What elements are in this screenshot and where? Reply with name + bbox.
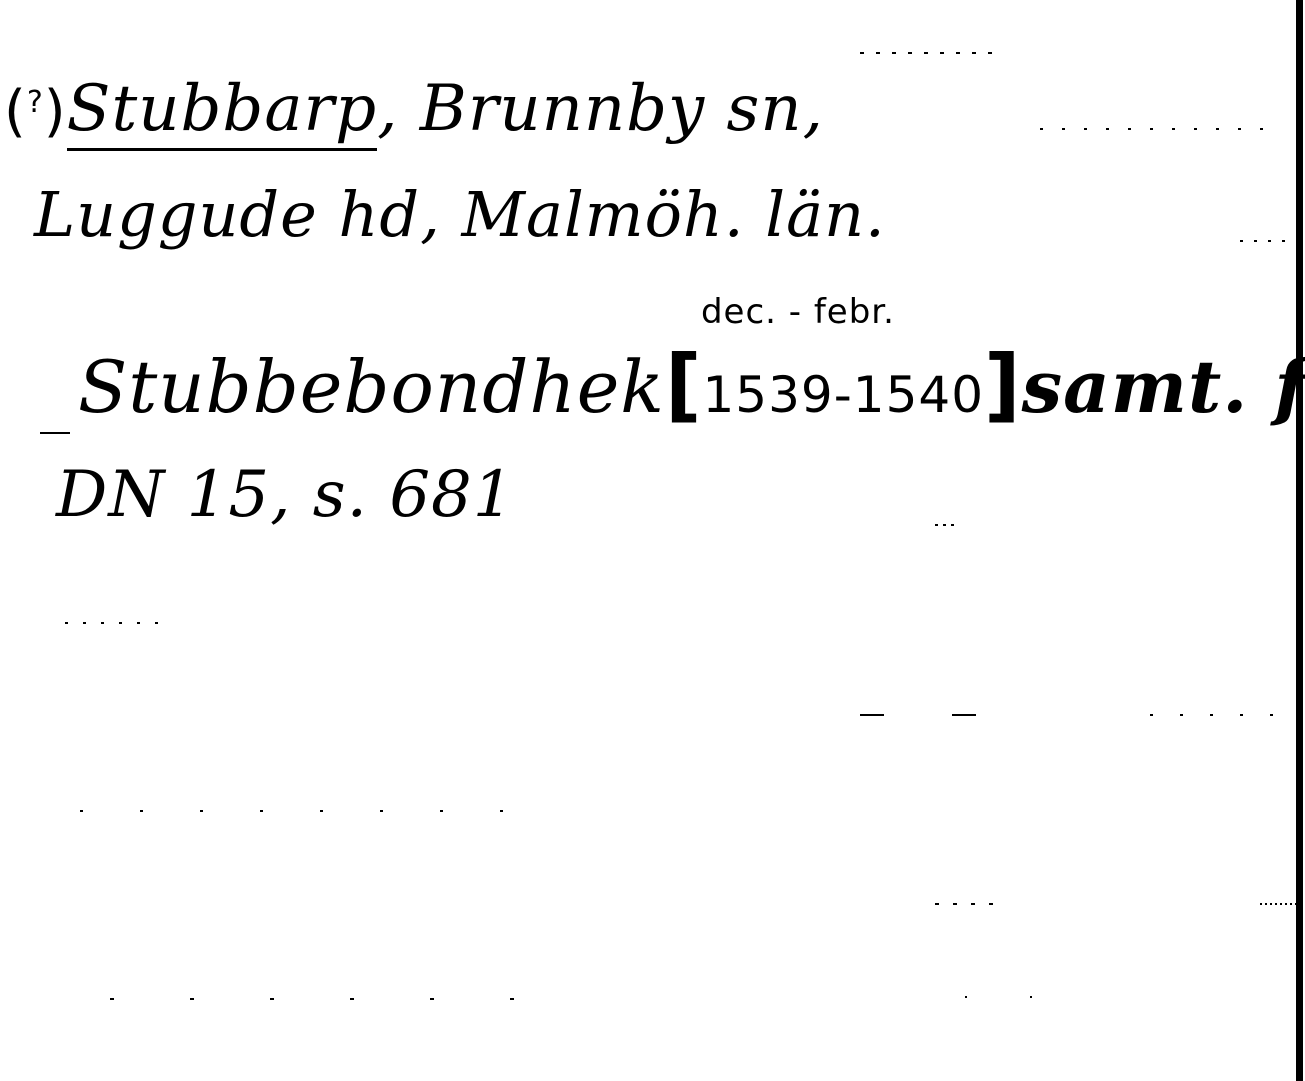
source-note: samt. fört. xyxy=(1022,344,1305,429)
uncertainty-marker: (?) xyxy=(4,79,67,144)
parish: , Brunnby sn, xyxy=(377,72,824,146)
ruled-line-remnant xyxy=(1150,714,1290,716)
ruled-line-remnant xyxy=(1040,128,1280,130)
ruled-line-remnant xyxy=(1240,240,1290,242)
district-line: Luggude hd, Malmöh. län. xyxy=(34,178,886,251)
ruled-line-remnant xyxy=(935,524,955,526)
date-months: dec. - febr. xyxy=(701,292,895,332)
source-reference: DN 15, s. 681 xyxy=(56,458,514,532)
index-card: (?)Stubbarp, Brunnby sn, Luggude hd, Mal… xyxy=(0,0,1305,1081)
date-range: dec. - febr.[1539-1540] xyxy=(665,338,1022,431)
ruled-line-remnant xyxy=(860,52,1000,54)
ruled-line-remnant xyxy=(80,810,560,812)
ruled-line-remnant xyxy=(860,714,1010,716)
date-years: 1539-1540 xyxy=(703,366,985,424)
ruled-line-remnant xyxy=(65,622,165,624)
attestation-line: Stubbebondhekdec. - febr.[1539-1540]samt… xyxy=(78,338,1305,431)
heading-line: (?)Stubbarp, Brunnby sn, xyxy=(4,72,824,146)
place-name: Stubbarp xyxy=(67,72,377,151)
ruled-line-remnant xyxy=(40,432,70,434)
card-edge xyxy=(1296,0,1303,1081)
historical-form: Stubbebondhek xyxy=(78,345,665,429)
ruled-line-remnant xyxy=(1260,903,1296,905)
ruled-line-remnant xyxy=(935,903,1005,905)
ruled-line-remnant xyxy=(965,996,1040,998)
ruled-line-remnant xyxy=(110,998,560,1000)
